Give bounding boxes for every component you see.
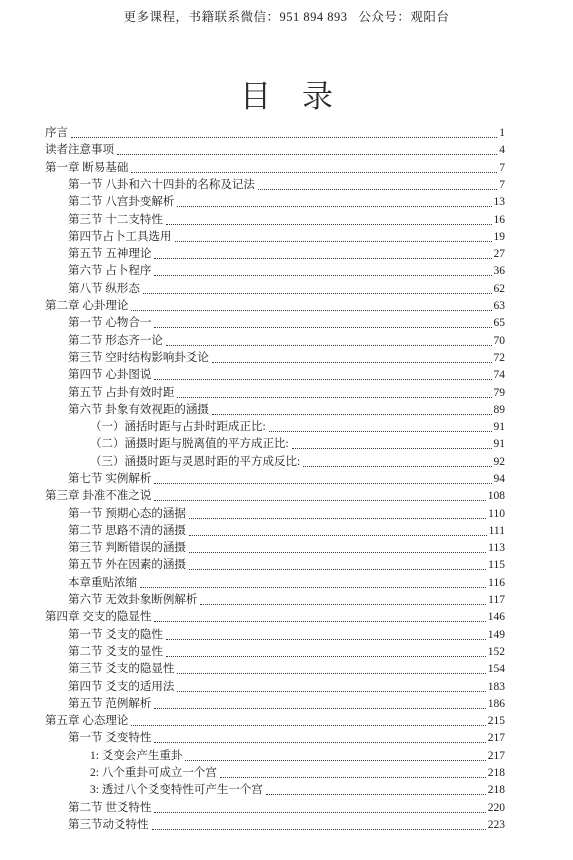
- toc-entry-label: 2: 八个重卦可成立一个宫: [90, 766, 217, 781]
- toc-entry: 第三节 判断错误的涵摄113: [45, 539, 505, 556]
- toc-entry: 第五章 心态理论215: [45, 712, 505, 729]
- toc-entry-label: 第二章 心卦理论: [45, 299, 128, 314]
- toc-entry-label: 第三节 判断错误的涵摄: [68, 541, 186, 556]
- toc-entry: 第五节 占卦有效时距79: [45, 383, 505, 400]
- dot-leader: [177, 397, 491, 398]
- toc-entry-label: 第五节 占卦有效时距: [68, 386, 174, 401]
- toc-entry-label: 第四节占卜工具选用: [68, 230, 172, 245]
- toc-entry: 序言1: [45, 124, 505, 141]
- toc-entry: 第六节 卦象有效视距的涵摄89: [45, 401, 505, 418]
- dot-leader: [154, 621, 485, 622]
- toc-entry: 第一节 预期心态的涵据110: [45, 504, 505, 521]
- toc-entry: 第一节 爻支的隐性149: [45, 625, 505, 642]
- toc-entry-page: 7: [499, 178, 505, 193]
- toc-entry-label: 第二节 世爻特性: [68, 801, 151, 816]
- dot-leader: [220, 777, 486, 778]
- toc-entry-page: 63: [494, 299, 506, 314]
- toc-entry: （三）涵摄时距与灵恩时距的平方成反比:92: [45, 452, 505, 469]
- dot-leader: [117, 154, 497, 155]
- dot-leader: [292, 448, 492, 449]
- toc-entry: 第四节占卜工具选用19: [45, 228, 505, 245]
- toc-entry-page: 215: [488, 714, 505, 729]
- toc-entry: 1: 爻变会产生重卦217: [45, 746, 505, 763]
- toc-entry-label: 1: 爻变会产生重卦: [90, 749, 182, 764]
- toc-entry-page: 70: [494, 334, 506, 349]
- toc-entry-page: 220: [488, 801, 505, 816]
- toc-entry: （二）涵摄时距与脱离值的平方成正比:91: [45, 435, 505, 452]
- toc-entry-page: 113: [488, 541, 505, 556]
- dot-leader: [166, 345, 492, 346]
- toc-entry-page: 74: [494, 368, 506, 383]
- toc-entry-page: 13: [494, 195, 506, 210]
- dot-leader: [258, 189, 497, 190]
- toc-entry: 第七节 实例解析94: [45, 470, 505, 487]
- toc-entry-label: （一）涵括时距与占卦时距成正比:: [90, 420, 266, 435]
- toc-entry-page: 19: [494, 230, 506, 245]
- dot-leader: [131, 172, 497, 173]
- dot-leader: [154, 708, 485, 709]
- dot-leader: [189, 552, 486, 553]
- dot-leader: [154, 500, 485, 501]
- toc-entry-label: 第一节 预期心态的涵据: [68, 507, 186, 522]
- toc-entry: 第二章 心卦理论63: [45, 297, 505, 314]
- toc-entry-page: 108: [488, 489, 505, 504]
- toc-entry: 第三章 卦准不准之说108: [45, 487, 505, 504]
- toc-entry: 第一章 断易基础7: [45, 158, 505, 175]
- toc-entry: 第三节 十二支特性16: [45, 210, 505, 227]
- toc-entry-page: 16: [494, 213, 506, 228]
- toc-entry: 第六节 无效卦象断例解析117: [45, 591, 505, 608]
- toc-entry-page: 72: [494, 351, 506, 366]
- toc-entry: 3: 透过八个爻变特性可产生一个宫218: [45, 781, 505, 798]
- dot-leader: [166, 656, 486, 657]
- toc-entry-label: 第五章 心态理论: [45, 714, 128, 729]
- dot-leader: [266, 794, 486, 795]
- toc-entry-page: 183: [488, 680, 505, 695]
- toc-entry-label: 第二节 爻支的显性: [68, 645, 163, 660]
- toc-entry: 第三节动爻特性223: [45, 816, 505, 833]
- toc-entry-label: 第三节 空时结构影响卦爻论: [68, 351, 209, 366]
- dot-leader: [269, 431, 492, 432]
- dot-leader: [131, 725, 485, 726]
- toc-entry: 第二节 爻支的显性152: [45, 643, 505, 660]
- toc-entry-page: 110: [488, 507, 505, 522]
- dot-leader: [212, 362, 492, 363]
- toc-entry: 第二节 八宫卦变解析13: [45, 193, 505, 210]
- toc-entry-label: 第四节 心卦图说: [68, 368, 151, 383]
- dot-leader: [154, 812, 485, 813]
- toc-entry-label: 第五节 范例解析: [68, 697, 151, 712]
- toc-entry-label: 第六节 无效卦象断例解析: [68, 593, 197, 608]
- toc-entry: 第八节 纵形态62: [45, 279, 505, 296]
- toc-entry-page: 94: [494, 472, 506, 487]
- toc-entry-label: （三）涵摄时距与灵恩时距的平方成反比:: [90, 455, 300, 470]
- toc-entry-page: 116: [488, 576, 505, 591]
- toc-entry: 读者注意事项4: [45, 141, 505, 158]
- toc-entry-page: 91: [494, 420, 506, 435]
- dot-leader: [189, 569, 486, 570]
- toc-entry-label: （二）涵摄时距与脱离值的平方成正比:: [90, 437, 289, 452]
- toc-entry-label: 第二节 形态齐一论: [68, 334, 163, 349]
- toc-entry-page: 36: [494, 264, 506, 279]
- toc-entry-label: 第一节 爻变特性: [68, 731, 151, 746]
- toc-entry-label: 序言: [45, 126, 68, 141]
- toc-entry: 第四节 心卦图说74: [45, 366, 505, 383]
- toc-entry: （一）涵括时距与占卦时距成正比:91: [45, 418, 505, 435]
- dot-leader: [154, 742, 485, 743]
- toc-entry: 第一节 八卦和六十四卦的名称及记法7: [45, 176, 505, 193]
- toc-entry: 第三节 空时结构影响卦爻论72: [45, 349, 505, 366]
- toc-entry-label: 第二节 八宫卦变解析: [68, 195, 174, 210]
- dot-leader: [166, 639, 486, 640]
- dot-leader: [200, 604, 486, 605]
- toc-entry: 第一节 爻变特性217: [45, 729, 505, 746]
- dot-leader: [185, 760, 485, 761]
- toc-entry-page: 91: [494, 437, 506, 452]
- dot-leader: [212, 414, 492, 415]
- toc-entry-label: 第三节动爻特性: [68, 818, 149, 833]
- toc-entry: 第六节 占卜程序36: [45, 262, 505, 279]
- toc-entry: 第二节 世爻特性220: [45, 798, 505, 815]
- toc-entry-page: 92: [494, 455, 506, 470]
- toc-entry: 2: 八个重卦可成立一个宫218: [45, 764, 505, 781]
- toc-entry: 第二节 形态齐一论70: [45, 331, 505, 348]
- dot-leader: [154, 379, 491, 380]
- toc-entry-label: 第一节 爻支的隐性: [68, 628, 163, 643]
- toc-entry-label: 第三章 卦准不准之说: [45, 489, 151, 504]
- toc-entry-page: 218: [488, 766, 505, 781]
- toc-entry: 第五节 外在因素的涵摄115: [45, 556, 505, 573]
- toc-entry-page: 152: [488, 645, 505, 660]
- toc-entry-page: 217: [488, 731, 505, 746]
- toc-entry-label: 第一节 心物合一: [68, 316, 151, 331]
- dot-leader: [166, 224, 492, 225]
- toc-entry-page: 149: [488, 628, 505, 643]
- toc-entry-label: 第四章 交支的隐显性: [45, 610, 151, 625]
- dot-leader: [189, 518, 486, 519]
- toc-entry-label: 第一章 断易基础: [45, 161, 128, 176]
- dot-leader: [143, 293, 492, 294]
- dot-leader: [154, 327, 491, 328]
- toc-entry-page: 4: [499, 143, 505, 158]
- toc-entry-label: 3: 透过八个爻变特性可产生一个宫: [90, 783, 263, 798]
- toc-entry: 第一节 心物合一65: [45, 314, 505, 331]
- toc-entry-label: 第二节 思路不清的涵摄: [68, 524, 186, 539]
- dot-leader: [175, 241, 492, 242]
- toc-entry-label: 本章重贴浓缩: [68, 576, 137, 591]
- toc-entry-label: 第五节 五神理论: [68, 247, 151, 262]
- toc-entry-page: 62: [494, 282, 506, 297]
- toc-entry: 第四节 爻支的适用法183: [45, 677, 505, 694]
- toc-entry: 第三节 爻支的隐显性154: [45, 660, 505, 677]
- toc-entry: 第五节 五神理论27: [45, 245, 505, 262]
- dot-leader: [71, 137, 497, 138]
- toc-entry-label: 第六节 占卜程序: [68, 264, 151, 279]
- toc-entry-label: 第三节 爻支的隐显性: [68, 662, 174, 677]
- toc-entry-page: 117: [488, 593, 505, 608]
- toc-entry-page: 1: [499, 126, 505, 141]
- toc-entry-label: 第一节 八卦和六十四卦的名称及记法: [68, 178, 255, 193]
- toc-entry-page: 223: [488, 818, 505, 833]
- toc-entry: 第五节 范例解析186: [45, 695, 505, 712]
- toc-entry-page: 146: [488, 610, 505, 625]
- toc-entry-page: 154: [488, 662, 505, 677]
- toc-entry-page: 111: [489, 524, 505, 539]
- toc-entry-page: 65: [494, 316, 506, 331]
- toc-entry-label: 第七节 实例解析: [68, 472, 151, 487]
- toc-entry-page: 79: [494, 386, 506, 401]
- dot-leader: [189, 535, 487, 536]
- toc-entry-label: 第四节 爻支的适用法: [68, 680, 174, 695]
- toc-entry-label: 第八节 纵形态: [68, 282, 140, 297]
- toc-entry-label: 读者注意事项: [45, 143, 114, 158]
- toc-entry-page: 218: [488, 783, 505, 798]
- dot-leader: [177, 206, 491, 207]
- dot-leader: [154, 258, 491, 259]
- dot-leader: [177, 673, 485, 674]
- dot-leader: [131, 310, 491, 311]
- dot-leader: [152, 829, 486, 830]
- dot-leader: [140, 587, 486, 588]
- toc-entry: 第二节 思路不清的涵摄111: [45, 522, 505, 539]
- toc-entry-page: 115: [488, 558, 505, 573]
- toc-entry-label: 第五节 外在因素的涵摄: [68, 558, 186, 573]
- page-header: 更多课程，书籍联系微信：951 894 893 公众号：观阳台: [0, 0, 573, 25]
- toc-entry-label: 第六节 卦象有效视距的涵摄: [68, 403, 209, 418]
- toc-entry-page: 186: [488, 697, 505, 712]
- toc-list: 序言1读者注意事项4第一章 断易基础7第一节 八卦和六十四卦的名称及记法7第二节…: [45, 124, 505, 833]
- toc-entry-page: 89: [494, 403, 506, 418]
- toc-entry-page: 217: [488, 749, 505, 764]
- toc-title: 目 录: [0, 78, 573, 117]
- toc-entry: 第四章 交支的隐显性146: [45, 608, 505, 625]
- dot-leader: [154, 275, 491, 276]
- toc-entry-page: 27: [494, 247, 506, 262]
- dot-leader: [177, 691, 485, 692]
- toc-entry: 本章重贴浓缩116: [45, 573, 505, 590]
- dot-leader: [154, 483, 491, 484]
- dot-leader: [303, 466, 491, 467]
- toc-entry-page: 7: [499, 161, 505, 176]
- toc-entry-label: 第三节 十二支特性: [68, 213, 163, 228]
